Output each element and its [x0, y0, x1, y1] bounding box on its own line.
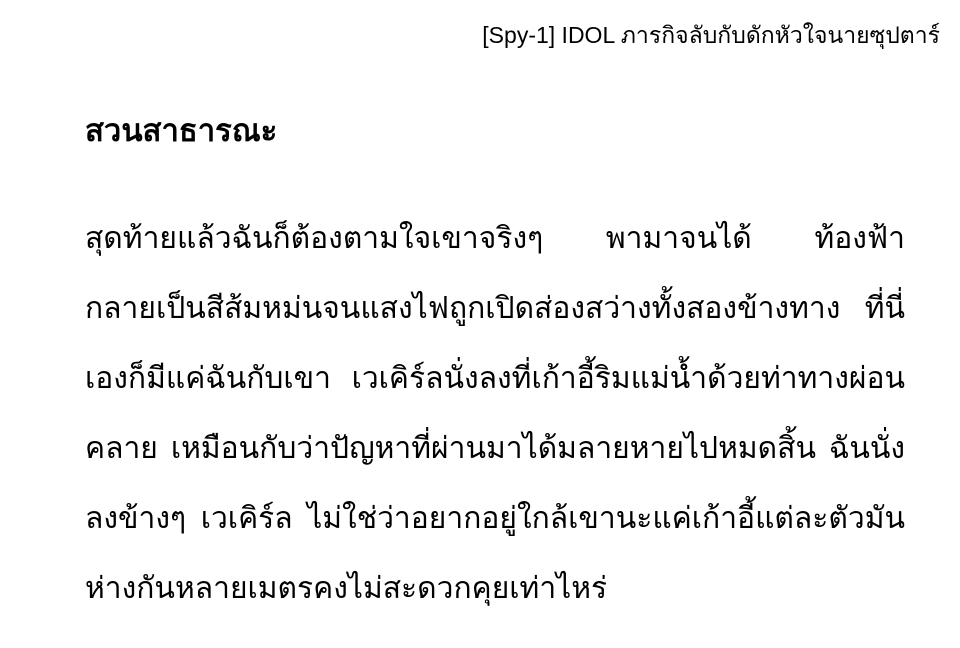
paragraph-line: คลาย เหมือนกับว่าปัญหาที่ผ่านมาได้มลายหา… [85, 414, 905, 484]
paragraph-line: กลายเป็นสีส้มหม่นจนแสงไฟถูกเปิดส่องสว่าง… [85, 274, 905, 344]
book-title-header: [Spy-1] IDOL ภารกิจลับกับดักหัวใจนายซุปต… [0, 0, 960, 54]
paragraph-line: ห่างกันหลายเมตรคงไม่สะดวกคุยเท่าไหร่ [85, 554, 905, 624]
document-page: [Spy-1] IDOL ภารกิจลับกับดักหัวใจนายซุปต… [0, 0, 960, 648]
paragraph-line: สุดท้ายแล้วฉันก็ต้องตามใจเขาจริงๆ พามาจน… [85, 204, 905, 274]
paragraph-line: ลงข้างๆ เวเคิร์ล ไม่ใช่ว่าอยากอยู่ใกล้เข… [85, 484, 905, 554]
section-heading: สวนสาธารณะ [85, 108, 960, 154]
paragraph-line: เองก็มีแค่ฉันกับเขา เวเคิร์ลนั่งลงที่เก้… [85, 344, 905, 414]
story-paragraph: สุดท้ายแล้วฉันก็ต้องตามใจเขาจริงๆ พามาจน… [85, 204, 905, 624]
